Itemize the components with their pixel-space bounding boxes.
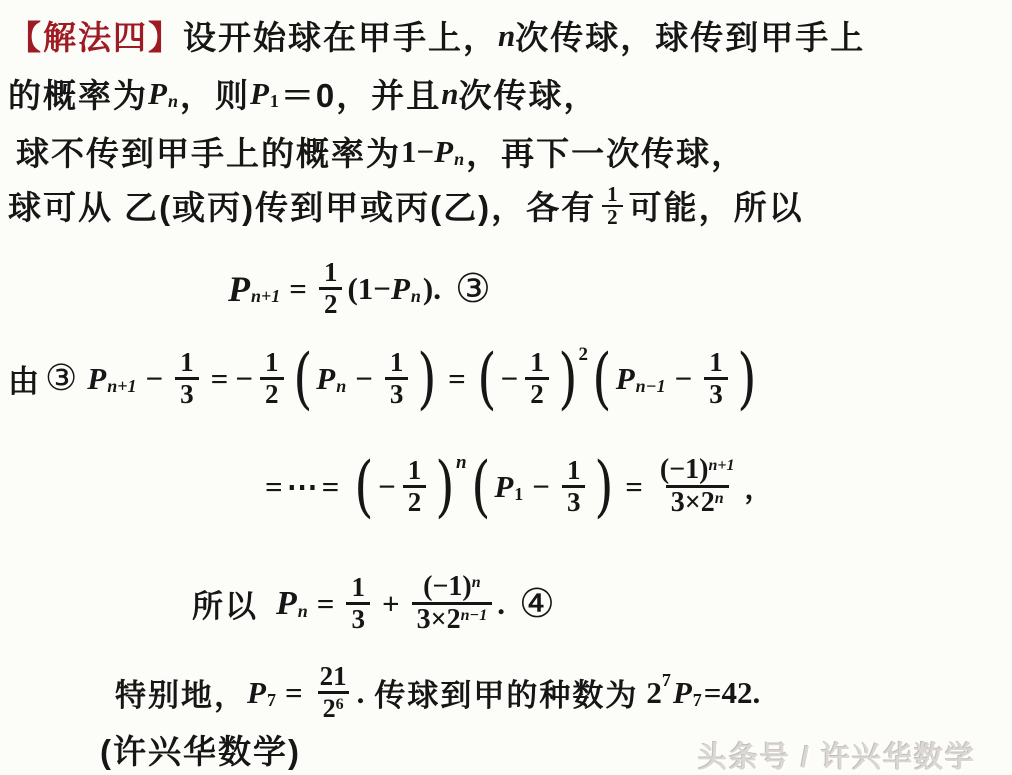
plus-sign: +	[382, 586, 400, 622]
fraction-one-third: 1 3	[385, 348, 409, 409]
subscript-n: n	[411, 286, 421, 307]
therefore-label: 所以	[192, 581, 258, 626]
fraction-one-half: 1 2	[602, 184, 623, 228]
minus-sign: −	[501, 361, 519, 397]
equals-42: =42.	[704, 675, 760, 711]
subscript-7: 7	[267, 690, 276, 711]
line4-text-a: 球可从 乙(或丙)传到甲或丙(乙)，各有	[8, 182, 596, 229]
denominator: 3	[704, 377, 728, 409]
denominator: 3	[346, 602, 370, 634]
line2-text-d: 次传球，	[459, 70, 599, 117]
var-P: P	[494, 469, 513, 505]
formula-recurrence: P n+1 = 1 2 (1− P n ). ③	[228, 258, 491, 319]
denominator: 2	[319, 287, 343, 319]
scanned-math-solution-page: 【解法四】 设开始球在甲手上， n 次传球，球传到甲手上 的概率为 P n ，则…	[0, 0, 1012, 775]
var-P: P	[276, 585, 297, 623]
circled-three-ref: ③	[45, 361, 77, 397]
formula-general-term: 所以 P n = 1 3 + (−1)n 3×2n−1 . ④	[192, 572, 555, 635]
var-P: P	[228, 268, 250, 310]
denominator: 3	[562, 485, 586, 517]
subscript-n: n	[454, 149, 464, 170]
exponent-n-minus-1: n−1	[461, 607, 488, 624]
subscript-1: 1	[270, 91, 279, 112]
three-times-two: 3×2	[417, 604, 461, 635]
comma: ，	[745, 467, 775, 507]
var-P: P	[247, 675, 266, 711]
line-4: 球可从 乙(或丙)传到甲或丙(乙)，各有 1 2 可能，所以	[8, 182, 804, 229]
subscript-n-plus-1: n+1	[107, 376, 136, 397]
fraction-one-half: 1 2	[403, 456, 427, 517]
exponent-2: 2	[578, 344, 588, 366]
fraction-neg1-power: (−1)n+1 3×2n	[655, 455, 740, 518]
denominator: 2	[260, 377, 284, 409]
denominator: 2	[602, 205, 623, 228]
equals-cdots-equals: =⋯=	[265, 469, 343, 505]
fraction-one-half: 1 2	[525, 348, 549, 409]
var-P: P	[673, 675, 692, 711]
fraction-one-third: 1 3	[346, 573, 370, 634]
solution-four-heading: 【解法四】	[8, 12, 183, 59]
denominator: 3×2n−1	[412, 602, 493, 635]
period: .	[357, 675, 365, 711]
circled-three-label: ③	[455, 269, 491, 309]
exponent-n: n	[715, 490, 724, 507]
equals-sign: =	[285, 675, 303, 711]
toutiao-watermark: 头条号 / 许兴华数学	[698, 735, 976, 775]
numerator: 21	[315, 662, 352, 691]
fraction-neg1-power: (−1)n 3×2n−1	[412, 572, 493, 635]
base-two: 2	[646, 675, 662, 711]
numerator: 1	[175, 348, 199, 377]
fraction-one-third: 1 3	[175, 348, 199, 409]
minus-sign: −	[355, 361, 373, 397]
line4-text-b: 可能，所以	[629, 182, 804, 229]
numerator: 1	[260, 348, 284, 377]
subscript-n-minus-1: n−1	[636, 376, 666, 397]
numerator: 1	[562, 456, 586, 485]
line2-text-a: 的概率为	[8, 70, 148, 117]
var-P: P	[87, 361, 106, 397]
equals-sign: =	[289, 271, 307, 307]
equals-sign: =	[625, 469, 643, 505]
three-times-two: 3×2	[671, 487, 715, 518]
formula-particular-case: 特别地， P 7 = 21 26 . 传球到甲的种数为 2 7 P 7 =42.	[115, 662, 760, 723]
equals-sign: =	[448, 361, 466, 397]
formula-derivation-line-2: =⋯= ( − 1 2 ) n ( P 1 − 1 3 ) = (−1)n+1 …	[258, 455, 775, 518]
author-signature: (许兴华数学)	[100, 726, 301, 773]
numerator: 1	[602, 184, 623, 205]
var-P: P	[391, 271, 410, 307]
numerator: (−1)n+1	[655, 455, 740, 485]
subscript-n: n	[298, 601, 308, 622]
var-P: P	[434, 134, 453, 170]
line2-text-b: ，则	[180, 70, 250, 117]
line1-text-a: 设开始球在甲手上，	[183, 12, 498, 59]
fraction-21-over-2-6: 21 26	[315, 662, 352, 723]
line-2: 的概率为 P n ，则 P 1 ＝0，并且 n 次传球，	[8, 70, 599, 117]
minus-sign: −	[532, 469, 550, 505]
subscript-n: n	[336, 376, 346, 397]
equals-sign: =	[211, 361, 229, 397]
neg-one-group: (−1)	[423, 571, 472, 602]
period: .	[497, 586, 505, 622]
exponent-6: 6	[336, 696, 344, 713]
numerator: 1	[525, 348, 549, 377]
line3-text-a: 球不传到甲手上的概率为	[16, 128, 401, 175]
denominator: 3	[175, 377, 199, 409]
exponent-n: n	[456, 452, 467, 474]
equals-sign: =	[317, 586, 335, 622]
particular-label: 特别地，	[115, 670, 247, 715]
one-minus: 1−	[401, 134, 434, 170]
close-paren-dot: ).	[423, 271, 441, 307]
minus-sign: −	[235, 361, 253, 397]
numerator: 1	[319, 258, 343, 287]
subscript-7: 7	[693, 690, 702, 711]
exponent-n: n	[472, 574, 481, 591]
subscript-1: 1	[514, 484, 523, 505]
fraction-one-third: 1 3	[562, 456, 586, 517]
line3-text-b: ，再下一次传球，	[466, 128, 746, 175]
var-P: P	[616, 361, 635, 397]
denominator: 3	[385, 377, 409, 409]
formula-derivation-line-1: 由 ③ P n+1 − 1 3 = − 1 2 ( P n − 1 3 ) = …	[8, 348, 761, 409]
line-1: 【解法四】 设开始球在甲手上， n 次传球，球传到甲手上	[8, 12, 865, 59]
numerator: (−1)n	[418, 572, 486, 602]
minus-sign: −	[675, 361, 693, 397]
neg-one-group: (−1)	[660, 454, 709, 485]
exponent-7: 7	[662, 670, 671, 691]
denominator: 26	[318, 691, 349, 723]
from-label: 由	[8, 356, 41, 401]
open-paren-one-minus: (1−	[347, 271, 391, 307]
exponent-n-plus-1: n+1	[708, 457, 734, 474]
line1-text-b: 次传球，球传到甲手上	[515, 12, 865, 59]
subscript-n-plus-1: n+1	[251, 286, 280, 307]
fraction-one-half: 1 2	[260, 348, 284, 409]
denominator: 2	[403, 485, 427, 517]
subscript-n: n	[168, 91, 178, 112]
numerator: 1	[704, 348, 728, 377]
var-P: P	[148, 76, 167, 112]
var-n: n	[441, 76, 458, 112]
circled-four-label: ④	[519, 584, 555, 624]
denominator: 2	[525, 377, 549, 409]
minus-sign: −	[378, 469, 396, 505]
base-two: 2	[323, 694, 336, 723]
fraction-one-third: 1 3	[704, 348, 728, 409]
numerator: 1	[385, 348, 409, 377]
numerator: 1	[403, 456, 427, 485]
var-P: P	[316, 361, 335, 397]
line-3: 球不传到甲手上的概率为 1− P n ，再下一次传球，	[16, 128, 746, 175]
var-P: P	[250, 76, 269, 112]
minus-sign: −	[146, 361, 164, 397]
count-text: 传球到甲的种数为	[374, 670, 638, 715]
denominator: 3×2n	[666, 485, 729, 518]
numerator: 1	[346, 573, 370, 602]
line2-text-c: ＝0，并且	[281, 70, 441, 117]
fraction-one-half: 1 2	[319, 258, 343, 319]
var-n: n	[498, 18, 515, 54]
